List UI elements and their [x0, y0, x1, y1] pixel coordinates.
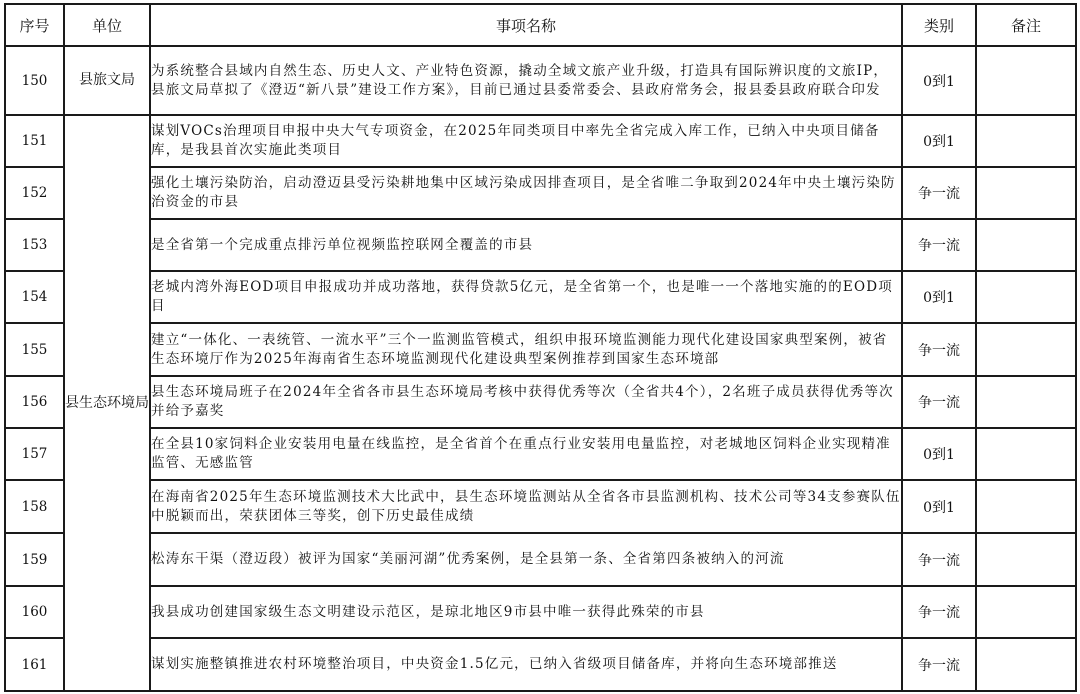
header-unit: 单位: [64, 4, 150, 46]
row-index: 151: [5, 115, 64, 167]
table-row: 161 谋划实施整镇推进农村环境整治项目，中央资金1.5亿元，已纳入省级项目储备…: [5, 638, 1076, 691]
row-item: 在全县10家饲料企业安装用电量在线监控，是全省首个在重点行业安装用电量监控，对老…: [150, 428, 902, 480]
table-row: 151 县生态环境局 谋划VOCs治理项目申报中央大气专项资金，在2025年同类…: [5, 115, 1076, 167]
row-remark: [976, 167, 1076, 219]
row-remark: [976, 115, 1076, 167]
row-item: 县生态环境局班子在2024年全省各市县生态环境局考核中获得优秀等次（全省共4个）…: [150, 376, 902, 428]
row-remark: [976, 480, 1076, 533]
row-index: 156: [5, 376, 64, 428]
table-row: 158 在海南省2025年生态环境监测技术大比武中，县生态环境监测站从全省各市县…: [5, 480, 1076, 533]
row-category: 0到1: [902, 428, 976, 480]
row-remark: [976, 586, 1076, 638]
row-index: 150: [5, 46, 64, 115]
row-remark: [976, 533, 1076, 586]
row-remark: [976, 271, 1076, 323]
table-row: 153 是全省第一个完成重点排污单位视频监控联网全覆盖的市县 争一流: [5, 219, 1076, 271]
header-index: 序号: [5, 4, 64, 46]
row-category: 争一流: [902, 638, 976, 691]
row-index: 158: [5, 480, 64, 533]
header-row: 序号 单位 事项名称 类别 备注: [5, 4, 1076, 46]
row-index: 157: [5, 428, 64, 480]
row-index: 161: [5, 638, 64, 691]
table-row: 150 县旅文局 为系统整合县域内自然生态、历史人文、产业特色资源，撬动全域文旅…: [5, 46, 1076, 115]
row-category: 争一流: [902, 219, 976, 271]
row-item: 为系统整合县域内自然生态、历史人文、产业特色资源，撬动全域文旅产业升级，打造具有…: [150, 46, 902, 115]
header-item: 事项名称: [150, 4, 902, 46]
row-remark: [976, 638, 1076, 691]
row-category: 争一流: [902, 376, 976, 428]
row-remark: [976, 376, 1076, 428]
table-row: 155 建立“一体化、一表统管、一流水平”三个一监测监管模式，组织申报环境监测能…: [5, 323, 1076, 376]
table-row: 157 在全县10家饲料企业安装用电量在线监控，是全省首个在重点行业安装用电量监…: [5, 428, 1076, 480]
row-item: 老城内湾外海EOD项目申报成功并成功落地，获得贷款5亿元，是全省第一个，也是唯一…: [150, 271, 902, 323]
row-category: 0到1: [902, 46, 976, 115]
row-item: 谋划VOCs治理项目申报中央大气专项资金，在2025年同类项目中率先全省完成入库…: [150, 115, 902, 167]
row-index: 155: [5, 323, 64, 376]
achievements-table: 序号 单位 事项名称 类别 备注 150 县旅文局 为系统整合县域内自然生态、历…: [4, 3, 1077, 692]
row-remark: [976, 46, 1076, 115]
row-category: 争一流: [902, 323, 976, 376]
row-item: 是全省第一个完成重点排污单位视频监控联网全覆盖的市县: [150, 219, 902, 271]
table-row: 159 松涛东干渠（澄迈段）被评为国家“美丽河湖”优秀案例，是全县第一条、全省第…: [5, 533, 1076, 586]
row-item: 强化土壤污染防治，启动澄迈县受污染耕地集中区域污染成因排查项目，是全省唯二争取到…: [150, 167, 902, 219]
row-item: 建立“一体化、一表统管、一流水平”三个一监测监管模式，组织申报环境监测能力现代化…: [150, 323, 902, 376]
row-index: 152: [5, 167, 64, 219]
row-index: 159: [5, 533, 64, 586]
header-remark: 备注: [976, 4, 1076, 46]
row-remark: [976, 323, 1076, 376]
row-category: 0到1: [902, 115, 976, 167]
row-remark: [976, 219, 1076, 271]
row-category: 0到1: [902, 480, 976, 533]
row-unit-merged: 县生态环境局: [64, 115, 150, 691]
row-item: 松涛东干渠（澄迈段）被评为国家“美丽河湖”优秀案例，是全县第一条、全省第四条被纳…: [150, 533, 902, 586]
row-category: 争一流: [902, 533, 976, 586]
row-item: 谋划实施整镇推进农村环境整治项目，中央资金1.5亿元，已纳入省级项目储备库，并将…: [150, 638, 902, 691]
header-category: 类别: [902, 4, 976, 46]
row-index: 153: [5, 219, 64, 271]
row-index: 160: [5, 586, 64, 638]
table-row: 156 县生态环境局班子在2024年全省各市县生态环境局考核中获得优秀等次（全省…: [5, 376, 1076, 428]
row-category: 争一流: [902, 167, 976, 219]
row-category: 争一流: [902, 586, 976, 638]
row-item: 我县成功创建国家级生态文明建设示范区，是琼北地区9市县中唯一获得此殊荣的市县: [150, 586, 902, 638]
table-row: 154 老城内湾外海EOD项目申报成功并成功落地，获得贷款5亿元，是全省第一个，…: [5, 271, 1076, 323]
row-index: 154: [5, 271, 64, 323]
row-category: 0到1: [902, 271, 976, 323]
row-remark: [976, 428, 1076, 480]
row-unit: 县旅文局: [64, 46, 150, 115]
table-row: 160 我县成功创建国家级生态文明建设示范区，是琼北地区9市县中唯一获得此殊荣的…: [5, 586, 1076, 638]
table-row: 152 强化土壤污染防治，启动澄迈县受污染耕地集中区域污染成因排查项目，是全省唯…: [5, 167, 1076, 219]
row-item: 在海南省2025年生态环境监测技术大比武中，县生态环境监测站从全省各市县监测机构…: [150, 480, 902, 533]
